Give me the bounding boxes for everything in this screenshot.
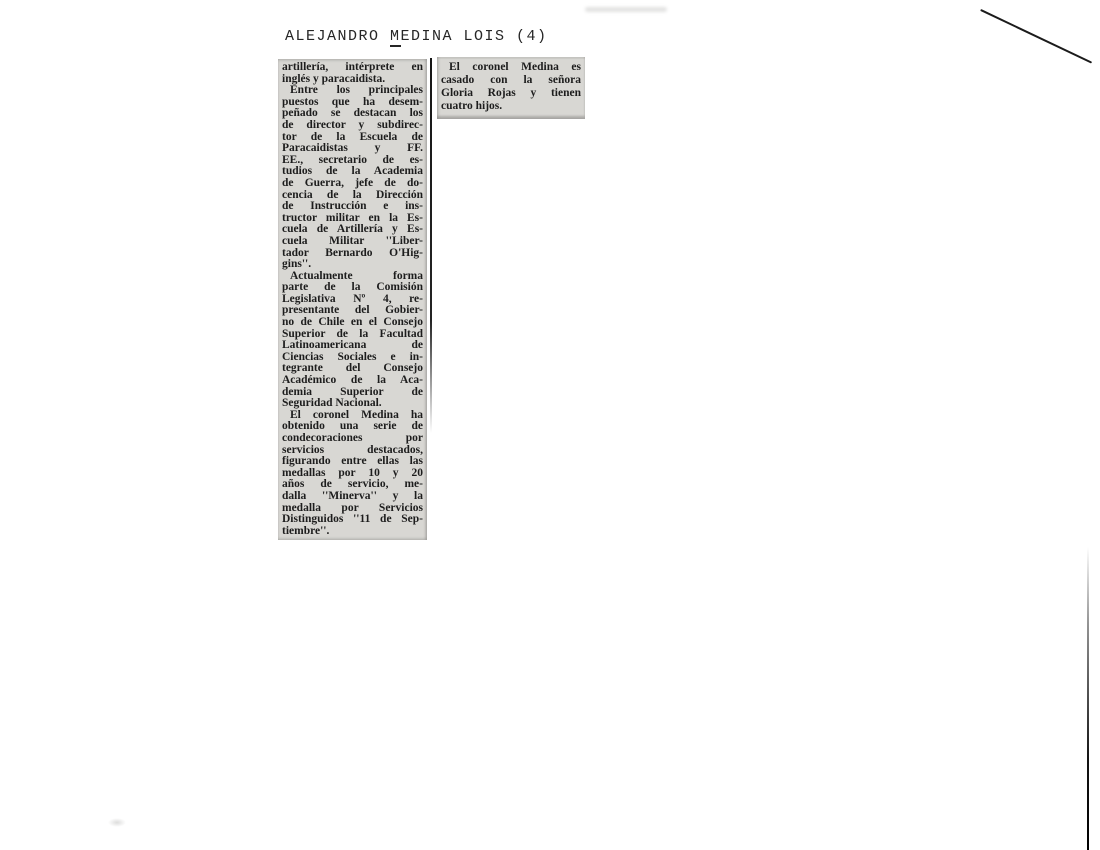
column-divider-rule — [430, 58, 432, 433]
clipping-text-line: no de Chile en el Consejo — [282, 317, 423, 329]
clipping-text-line: cuatro hijos. — [441, 100, 581, 113]
clipping-text-line: Académico de la Aca- — [282, 375, 423, 387]
clipping-text-line: gins''. — [282, 259, 423, 271]
clipping-text-line: El coronel Medina es — [441, 61, 581, 74]
scanned-document-page: ALEJANDRO MEDINA LOIS (4) artillería, in… — [0, 0, 1100, 850]
page-edge-line — [1087, 547, 1089, 850]
clipping-text-line: casado con la señora — [441, 74, 581, 87]
scan-smudge-top — [585, 7, 667, 12]
clipping-text-line: de Instrucción e ins- — [282, 201, 423, 213]
page-title-post: EDINA LOIS (4) — [401, 28, 548, 45]
page-title-pre: ALEJANDRO — [285, 28, 390, 45]
clipping-text-line: artillería, intérprete en — [282, 62, 423, 74]
clipping-text-line: de director y subdirec- — [282, 120, 423, 132]
news-clipping-right-column: El coronel Medina escasado con la señora… — [437, 57, 585, 119]
clipping-text-line: Distinguidos ''11 de Sep- — [282, 514, 423, 526]
clipping-text-line: cuela Militar ''Liber- — [282, 236, 423, 248]
scan-smudge-bottom — [108, 818, 126, 827]
clipping-text-line: tiembre''. — [282, 526, 423, 538]
clipping-text-line: dalla ''Minerva'' y la — [282, 491, 423, 503]
clipping-text-line: de Guerra, jefe de do- — [282, 178, 423, 190]
corner-pen-stroke — [980, 9, 1092, 63]
clipping-text-line: condecoraciones por — [282, 433, 423, 445]
page-title-underlined-letter: M — [390, 28, 401, 47]
clipping-text-line: Gloria Rojas y tienen — [441, 87, 581, 100]
page-title: ALEJANDRO MEDINA LOIS (4) — [285, 28, 548, 45]
clipping-text-line: Paracaidistas y FF. — [282, 143, 423, 155]
news-clipping-left-column: artillería, intérprete eninglés y paraca… — [278, 59, 427, 540]
